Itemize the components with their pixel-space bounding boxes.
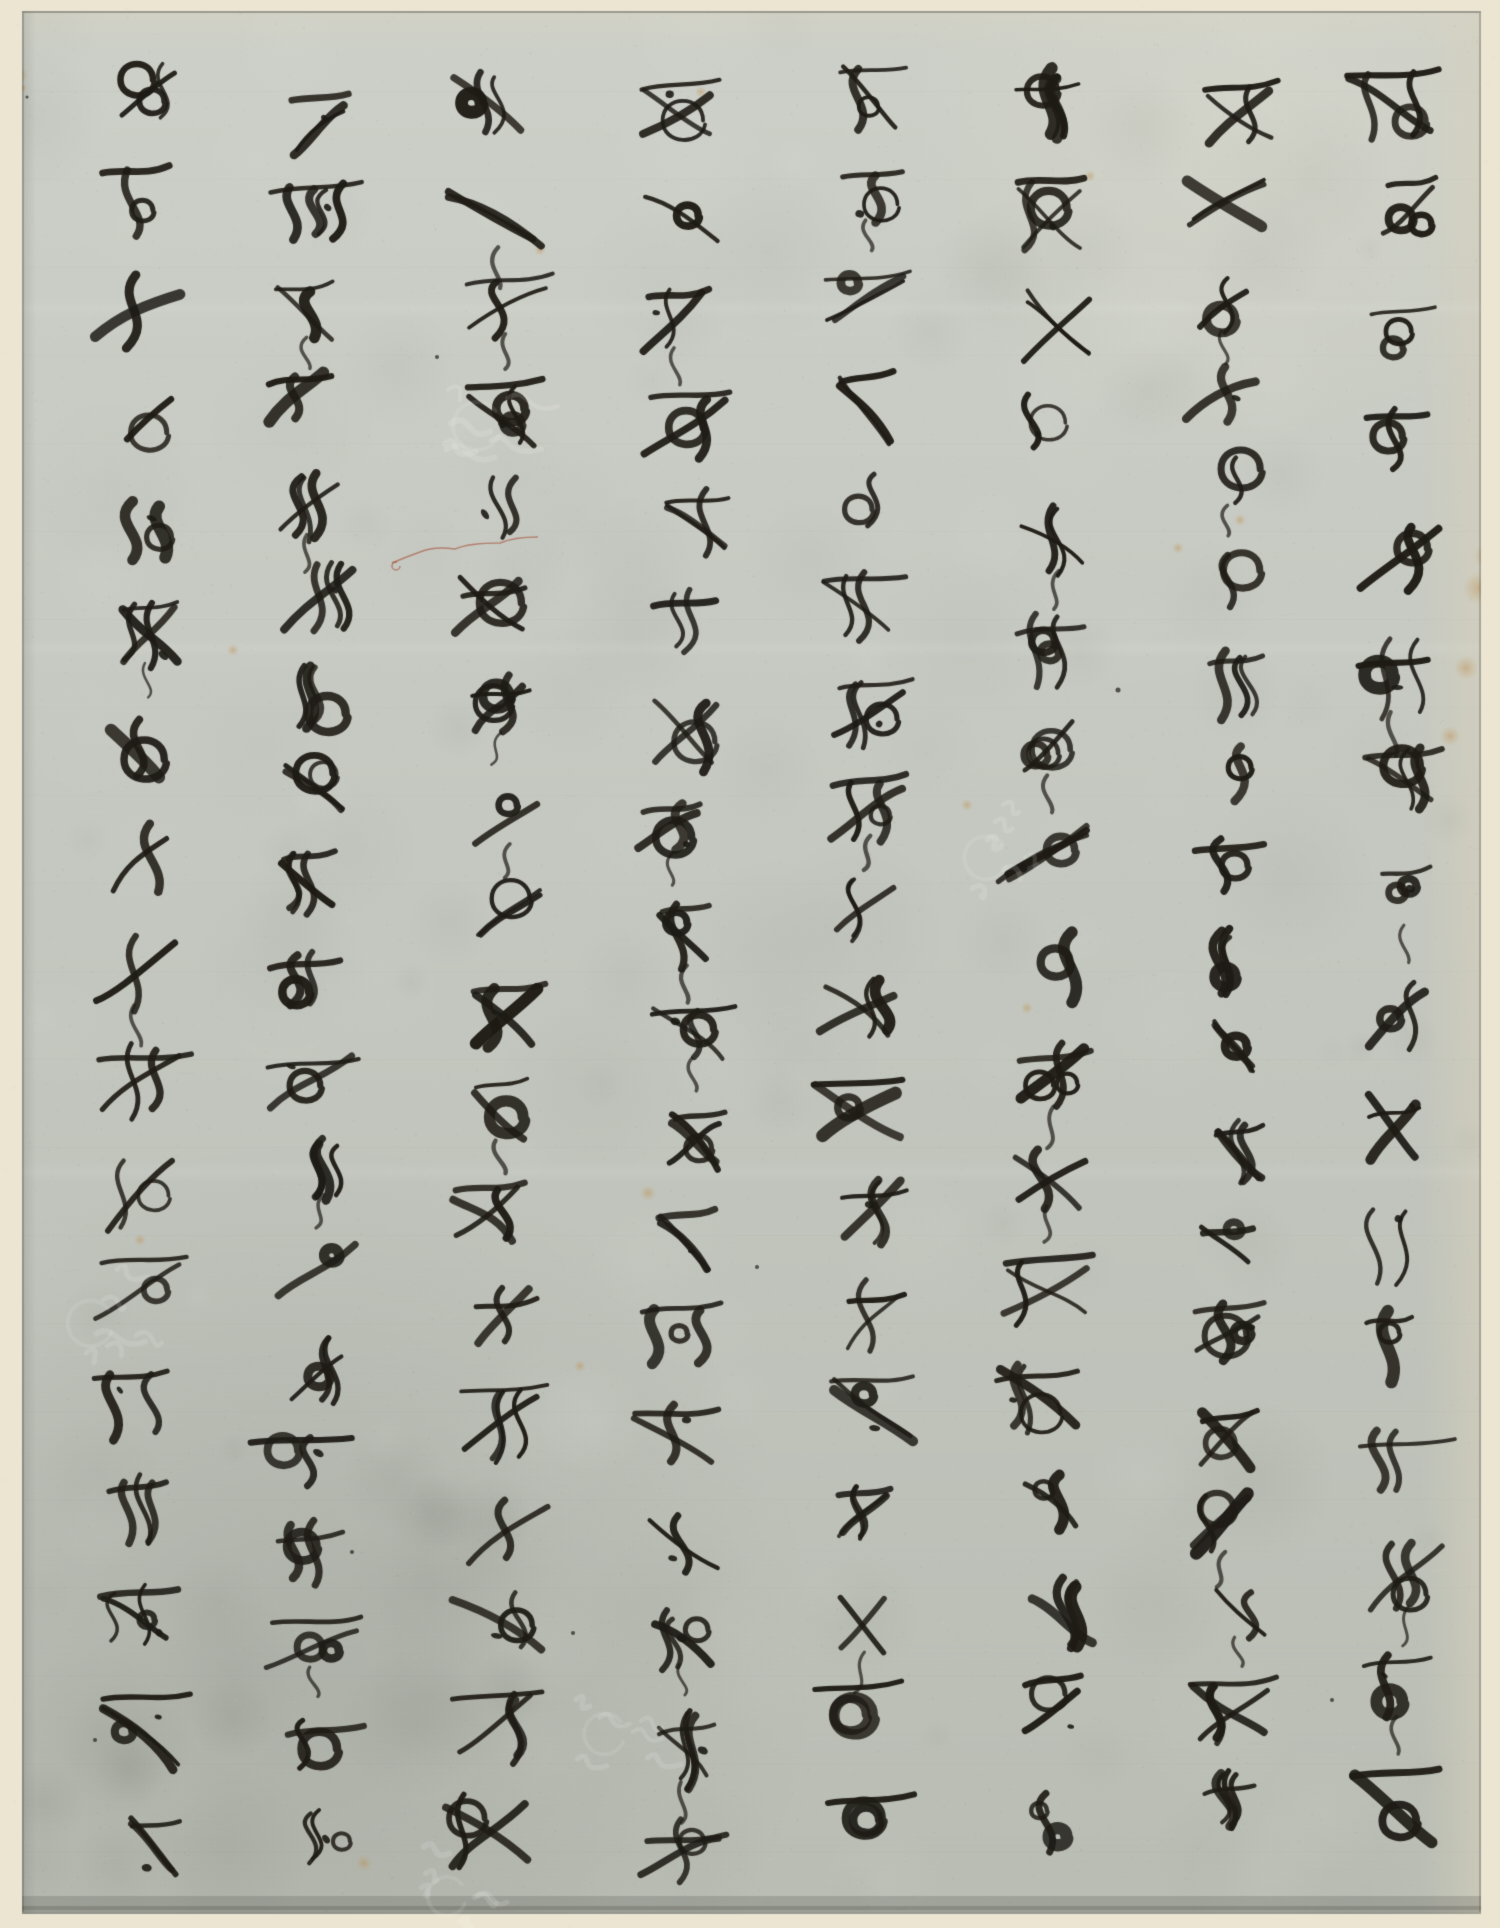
calligraphy-photo-page xyxy=(0,0,1500,1928)
photo-watermark-overlay xyxy=(0,0,1500,1928)
